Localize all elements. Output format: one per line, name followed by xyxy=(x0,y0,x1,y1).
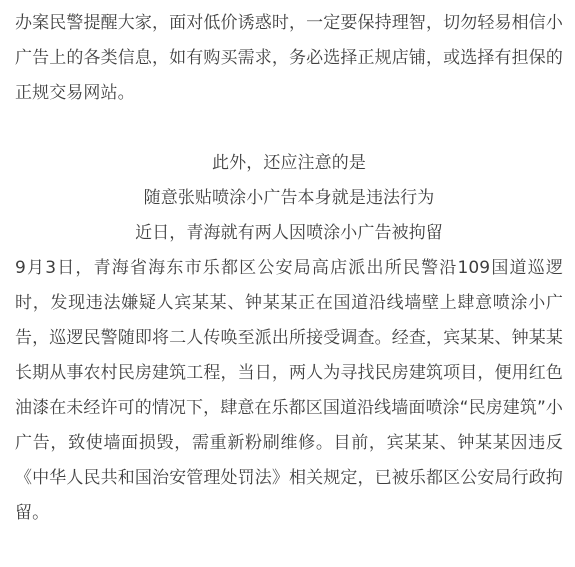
article-page: 办案民警提醒大家，面对低价诱惑时，一定要保持理智，切勿轻易相信小广告上的各类信息… xyxy=(0,0,575,567)
notice-line-1: 此外，还应注意的是 xyxy=(15,146,563,181)
case-paragraph: 9月3日，青海省海东市乐都区公安局高店派出所民警沿109国道巡逻时，发现违法嫌疑… xyxy=(15,251,563,531)
article-content: 办案民警提醒大家，面对低价诱惑时，一定要保持理智，切勿轻易相信小广告上的各类信息… xyxy=(0,0,575,531)
notice-block: 此外，还应注意的是 随意张贴喷涂小广告本身就是违法行为 近日，青海就有两人因喷涂… xyxy=(15,146,563,251)
notice-line-3: 近日，青海就有两人因喷涂小广告被拘留 xyxy=(15,216,563,251)
notice-line-2: 随意张贴喷涂小广告本身就是违法行为 xyxy=(15,181,563,216)
intro-paragraph: 办案民警提醒大家，面对低价诱惑时，一定要保持理智，切勿轻易相信小广告上的各类信息… xyxy=(15,6,563,111)
